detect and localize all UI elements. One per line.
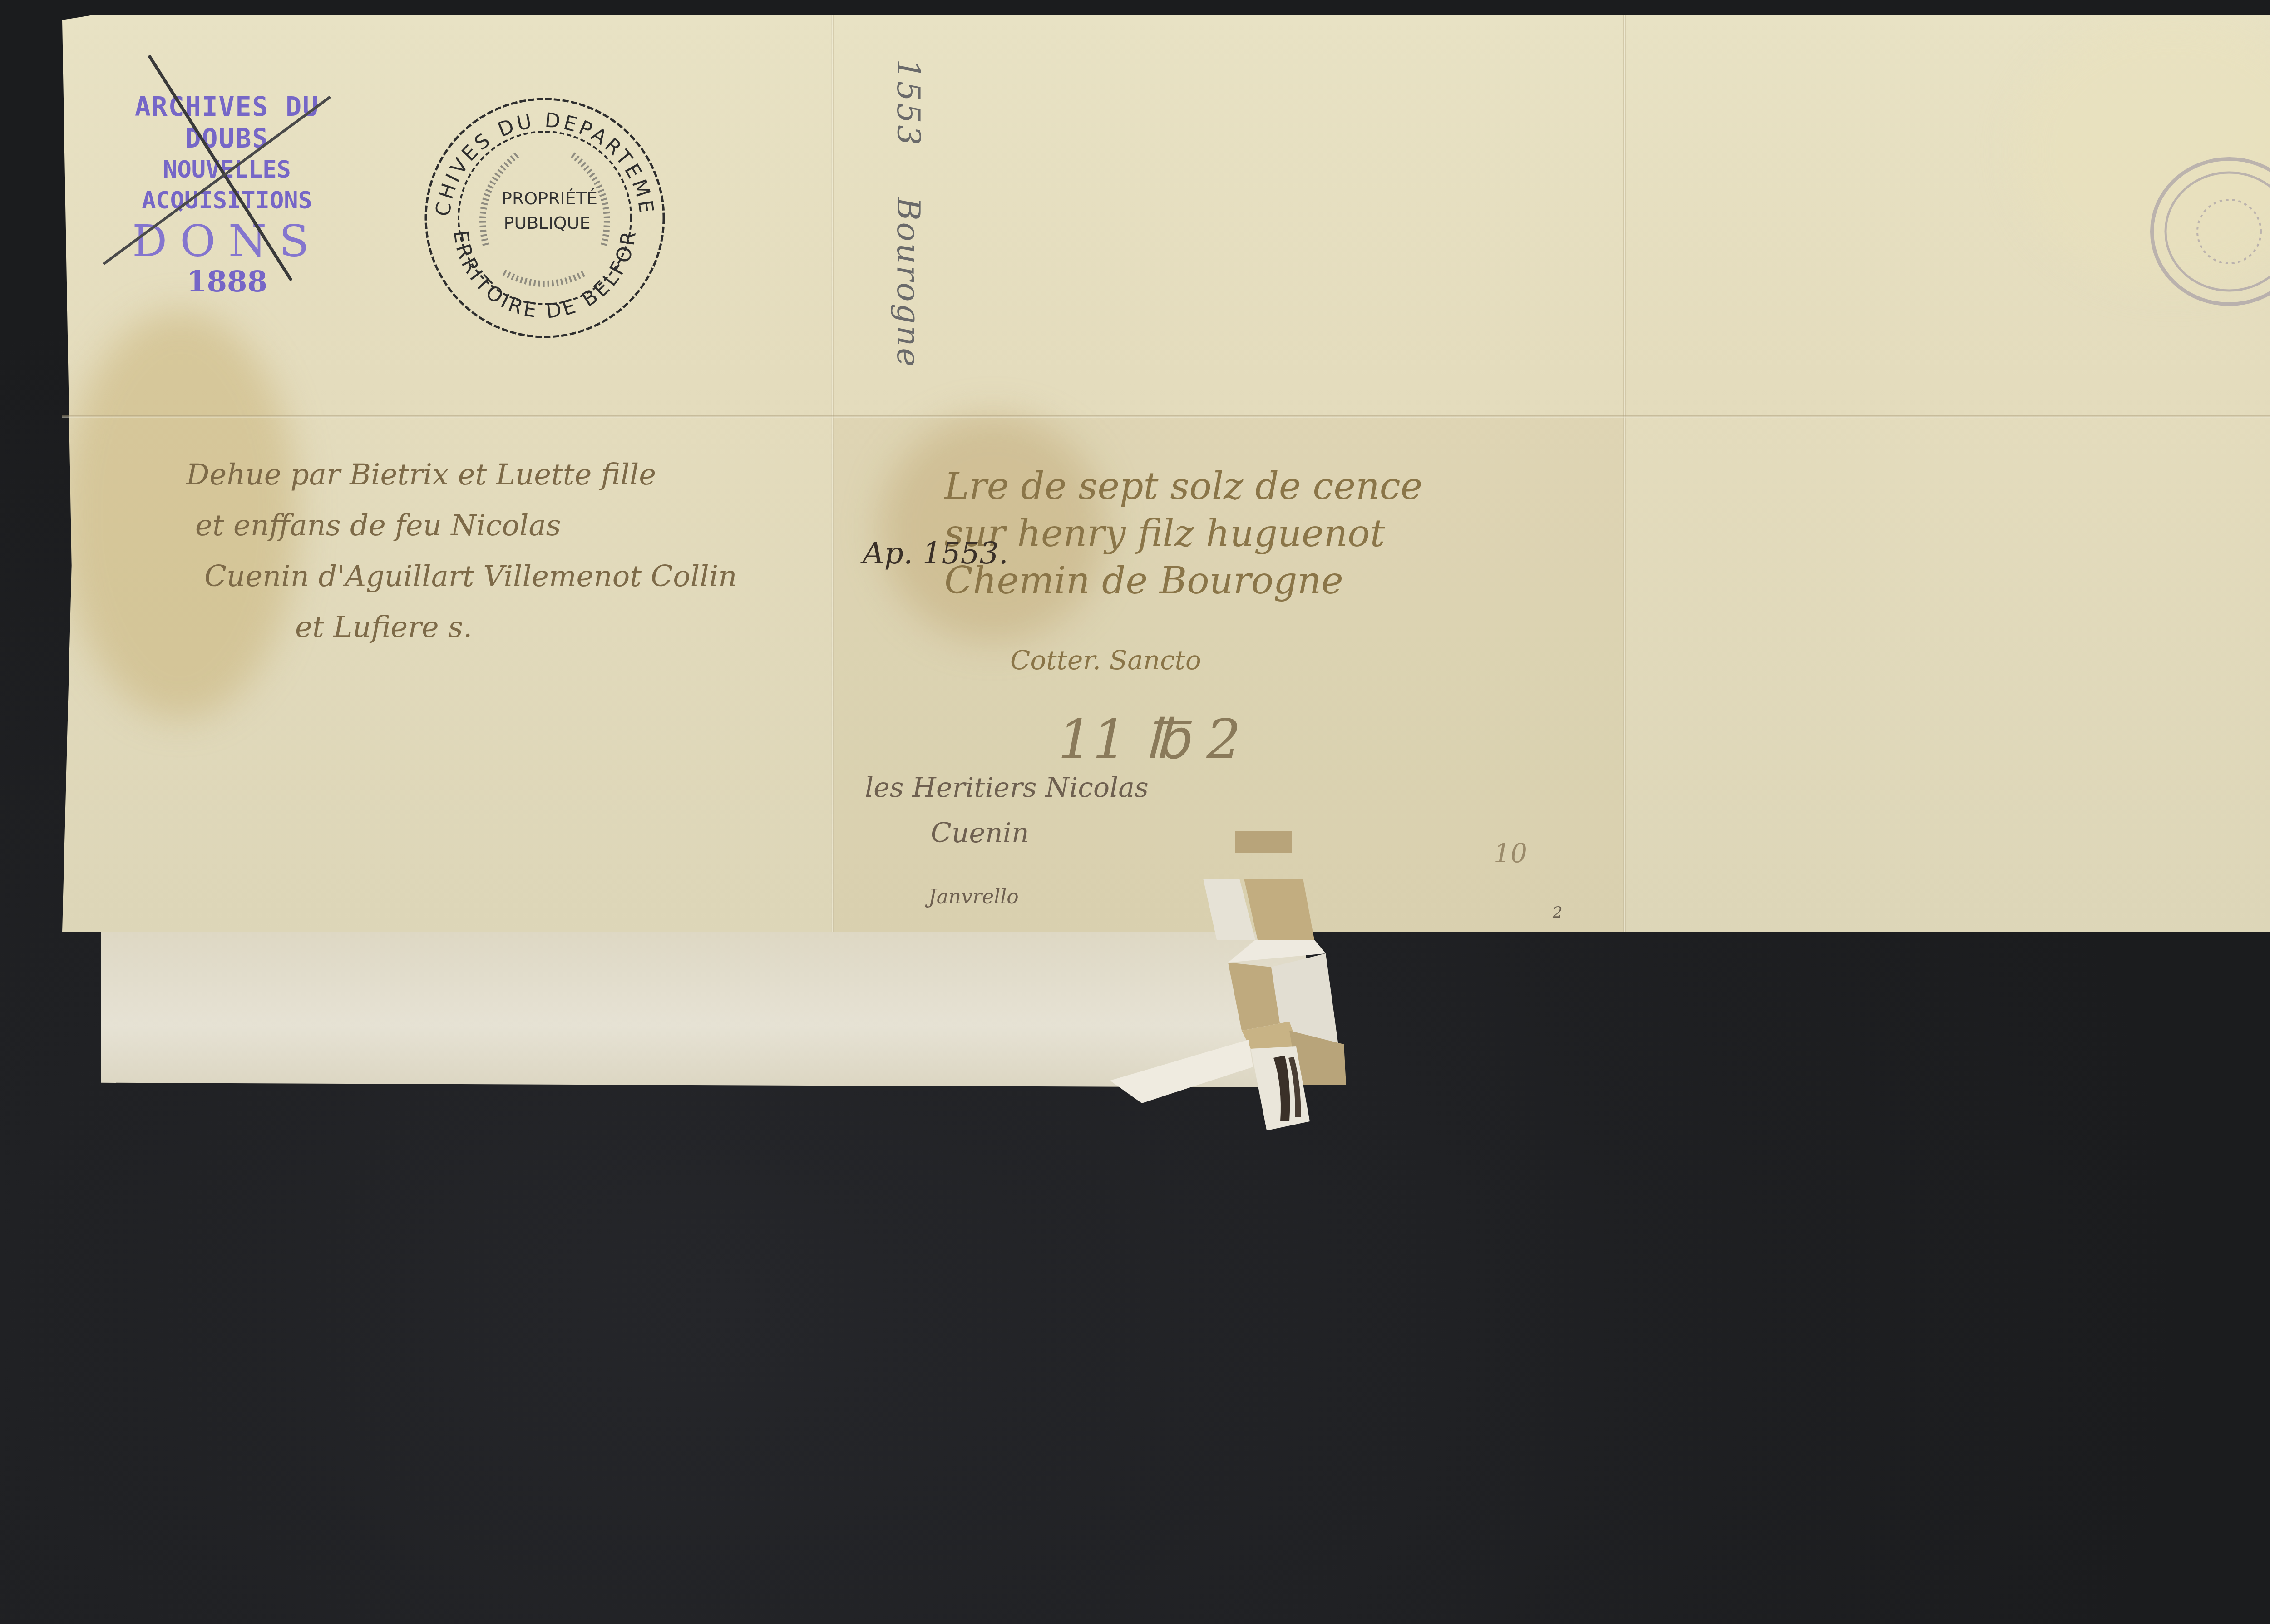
fold-line-horizontal bbox=[62, 415, 2270, 418]
title-line: Lre de sept solz de cence bbox=[944, 463, 1422, 510]
page-number: 10 bbox=[1494, 838, 1527, 869]
fold-line-vertical bbox=[831, 15, 834, 932]
note-line: Dehue par Bietrix et Luette fille bbox=[186, 449, 737, 500]
pencil-date-place-annotation: 1553Bourogne bbox=[890, 59, 927, 369]
pencil-place: Bourogne bbox=[890, 197, 927, 369]
fold-line-vertical bbox=[1623, 15, 1626, 932]
archive-date-annotation: Ap. 1553. bbox=[863, 536, 1008, 571]
note-line: et Lufiere s. bbox=[186, 602, 737, 653]
heritier-annotation: les Heritiers Nicolas bbox=[865, 772, 1149, 804]
belfort-stamp-center: PROPRIÉTÉ PUBLIQUE bbox=[502, 186, 592, 235]
title-line: Chemin de Bourogne bbox=[944, 558, 1422, 605]
pencil-year: 1553 bbox=[890, 59, 927, 147]
parchment-seal-tag-icon bbox=[1099, 831, 1353, 1457]
number-mark: 11 ℔ 2 bbox=[1058, 708, 1241, 771]
note-line: Cuenin d'Aguillart Villemenot Collin bbox=[186, 551, 737, 602]
cuenin-annotation: Cuenin bbox=[931, 817, 1029, 849]
janvrello-annotation: Janvrello bbox=[928, 885, 1019, 908]
stamp-center-line: PROPRIÉTÉ bbox=[502, 186, 592, 211]
faded-round-stamp-icon bbox=[2143, 150, 2270, 313]
left-handwritten-note: Dehue par Bietrix et Luette fille et enf… bbox=[186, 449, 737, 653]
center-endorsement-title: Lre de sept solz de cence sur henry filz… bbox=[944, 463, 1422, 605]
stamp-center-line: PUBLIQUE bbox=[502, 211, 592, 235]
cotter-annotation: Cotter. Sancto bbox=[1010, 645, 1201, 676]
note-line: et enffans de feu Nicolas bbox=[186, 500, 737, 551]
pencil-cross-icon bbox=[91, 54, 390, 281]
small-number: 2 bbox=[1553, 903, 1563, 922]
title-line: sur henry filz huguenot bbox=[944, 510, 1422, 558]
